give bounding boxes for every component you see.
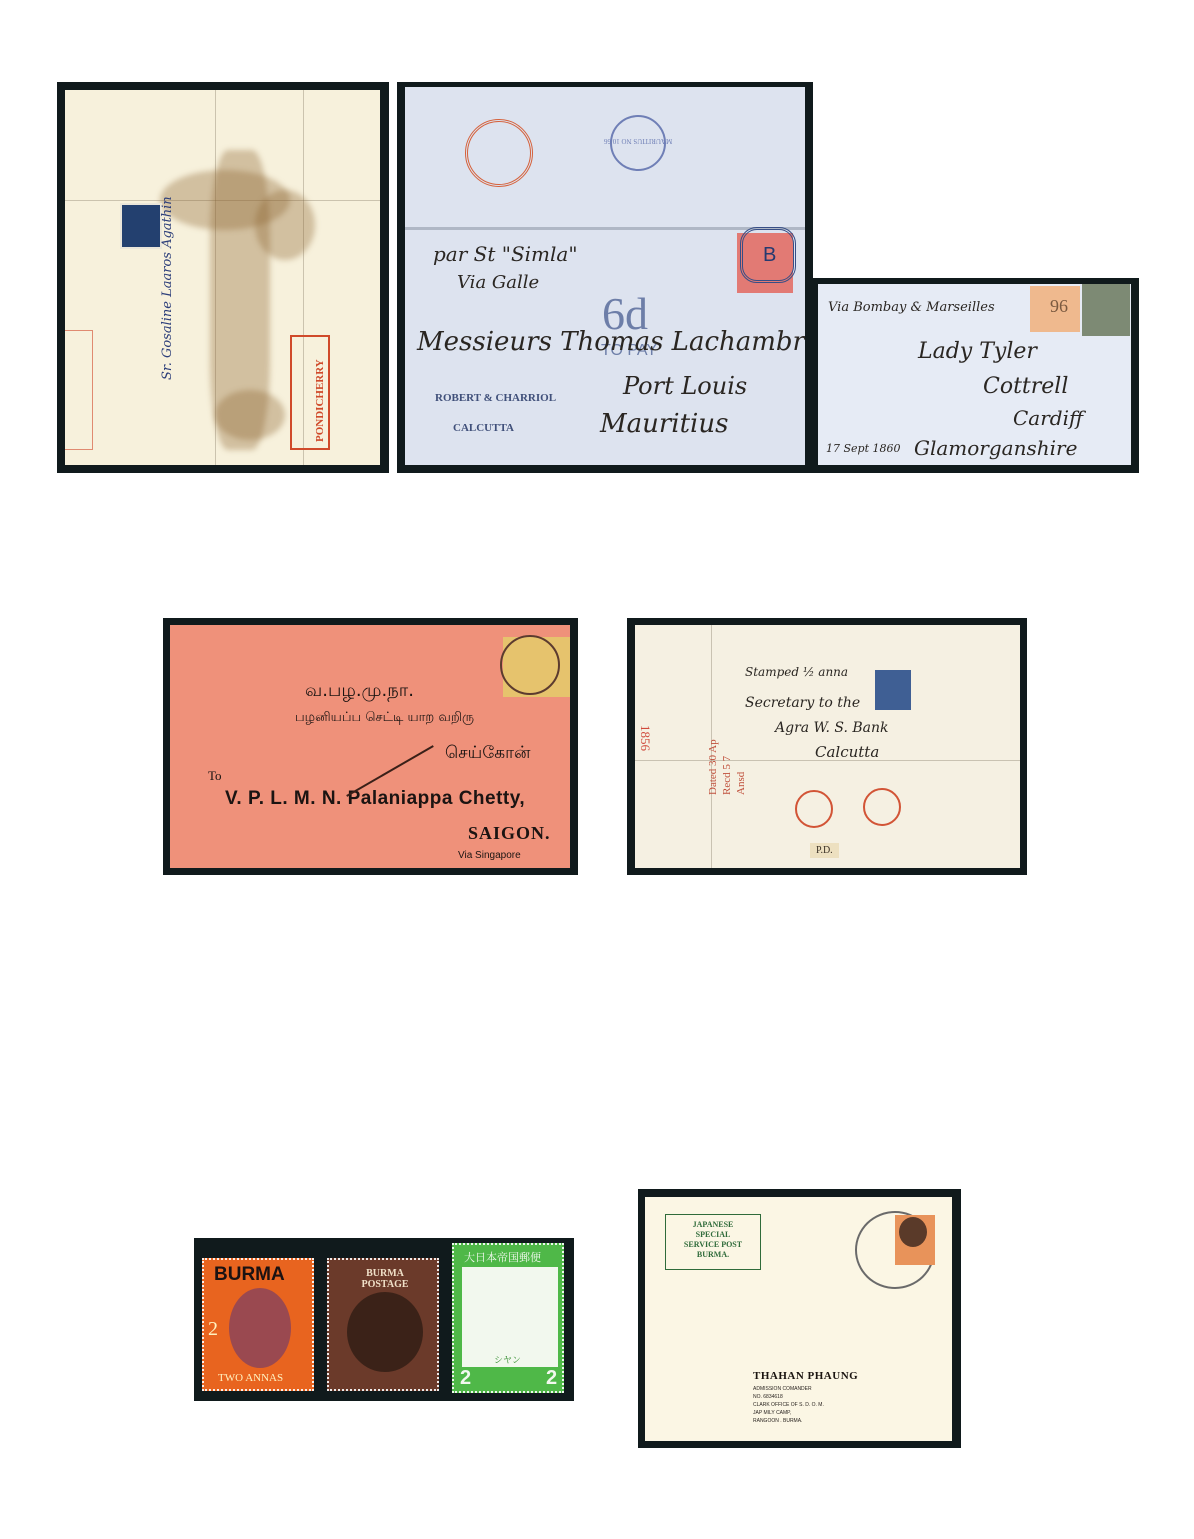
cover-paper: Sr. Gosaline Laaros Agathin PONDICHERRY bbox=[65, 90, 380, 465]
cover-paper: 1856 Stamped ½ anna Secretary to the Agr… bbox=[635, 625, 1020, 868]
manuscript-vertical: Sr. Gosaline Laaros Agathin bbox=[160, 196, 175, 380]
peacock-overprint bbox=[347, 1292, 423, 1372]
sender-line-2: CALCUTTA bbox=[453, 422, 514, 434]
addressee: THAHAN PHAUNG bbox=[753, 1370, 858, 1382]
postmark bbox=[500, 635, 560, 695]
docket-3: Ansd bbox=[735, 772, 747, 795]
docket-2: Recd 5 7 bbox=[721, 756, 733, 795]
cover-image-5: 1856 Stamped ½ anna Secretary to the Agr… bbox=[627, 618, 1027, 875]
addressee: Messieurs Thomas Lachambre & Co bbox=[417, 327, 805, 357]
sender-line-1: ROBERT & CHARRIOL bbox=[435, 392, 556, 404]
blue-mauritius-postmark: MAURITIUS NO 10 66 bbox=[610, 115, 666, 171]
pondicherry-handstamp: PONDICHERRY bbox=[290, 335, 330, 450]
docket-1: Dated 30 Ap bbox=[707, 739, 719, 795]
country: Mauritius bbox=[600, 409, 728, 439]
stamp-japanese-occupation: 大日本帝国郵便 2 2 シヤン bbox=[452, 1243, 564, 1393]
pd-mark: P.D. bbox=[810, 843, 839, 858]
cover-image-3: 96 Via Bombay & Marseilles Lady Tyler Co… bbox=[812, 278, 1139, 473]
peacock-overprint bbox=[229, 1288, 291, 1368]
octagon-cancel: B bbox=[740, 227, 796, 283]
stamp-burma-two-annas: BURMA 2 TWO ANNAS bbox=[202, 1258, 314, 1391]
cover-image-1: Sr. Gosaline Laaros Agathin PONDICHERRY bbox=[57, 82, 389, 473]
cover-paper: JAPANESE SPECIAL SERVICE POST BURMA. THA… bbox=[645, 1197, 952, 1441]
red-boxed-mark bbox=[65, 330, 93, 450]
year-mark: 1856 bbox=[637, 725, 653, 751]
cover-image-2: MAURITIUS NO 10 66 B par St "Simla" Via … bbox=[397, 82, 813, 473]
routing: Via Singapore bbox=[458, 850, 521, 861]
blue-stamp bbox=[875, 670, 911, 710]
cover-paper: MAURITIUS NO 10 66 B par St "Simla" Via … bbox=[405, 87, 805, 465]
blue-queen-stamp bbox=[120, 203, 162, 249]
cover-image-4: வ.பழ.மு.நா. பழனியப்ப செட்டி யாற வறிரு செ… bbox=[163, 618, 578, 875]
red-octagon-postmark bbox=[795, 790, 833, 828]
fold-line bbox=[405, 227, 805, 230]
red-circle-postmark bbox=[863, 788, 901, 826]
stamps-image: BURMA 2 TWO ANNAS BURMA POSTAGE 大日本帝国郵便 … bbox=[194, 1238, 574, 1401]
tamil-line-1: வ.பழ.மு.நா. bbox=[305, 680, 414, 703]
city: Port Louis bbox=[623, 372, 747, 400]
red-calcutta-postmark bbox=[465, 119, 533, 187]
city: SAIGON. bbox=[468, 823, 551, 844]
service-post-box: JAPANESE SPECIAL SERVICE POST BURMA. bbox=[665, 1214, 761, 1270]
tamil-line-2: பழனியப்ப செட்டி யாற வறிரு bbox=[295, 710, 474, 726]
green-stamp bbox=[1082, 284, 1130, 336]
overprinted-stamp bbox=[895, 1215, 935, 1265]
to-label: To bbox=[208, 768, 222, 784]
addressee: V. P. L. M. N. Palaniappa Chetty, bbox=[225, 788, 525, 810]
stamp-burma-postage: BURMA POSTAGE bbox=[327, 1258, 439, 1391]
cover-paper: வ.பழ.மு.நா. பழனியப்ப செட்டி யாற வறிரு செ… bbox=[170, 625, 570, 868]
tamil-line-3: செய்கோன் bbox=[445, 743, 531, 765]
cover-image-7: JAPANESE SPECIAL SERVICE POST BURMA. THA… bbox=[638, 1189, 961, 1448]
cover-paper: 96 Via Bombay & Marseilles Lady Tyler Co… bbox=[818, 284, 1131, 465]
